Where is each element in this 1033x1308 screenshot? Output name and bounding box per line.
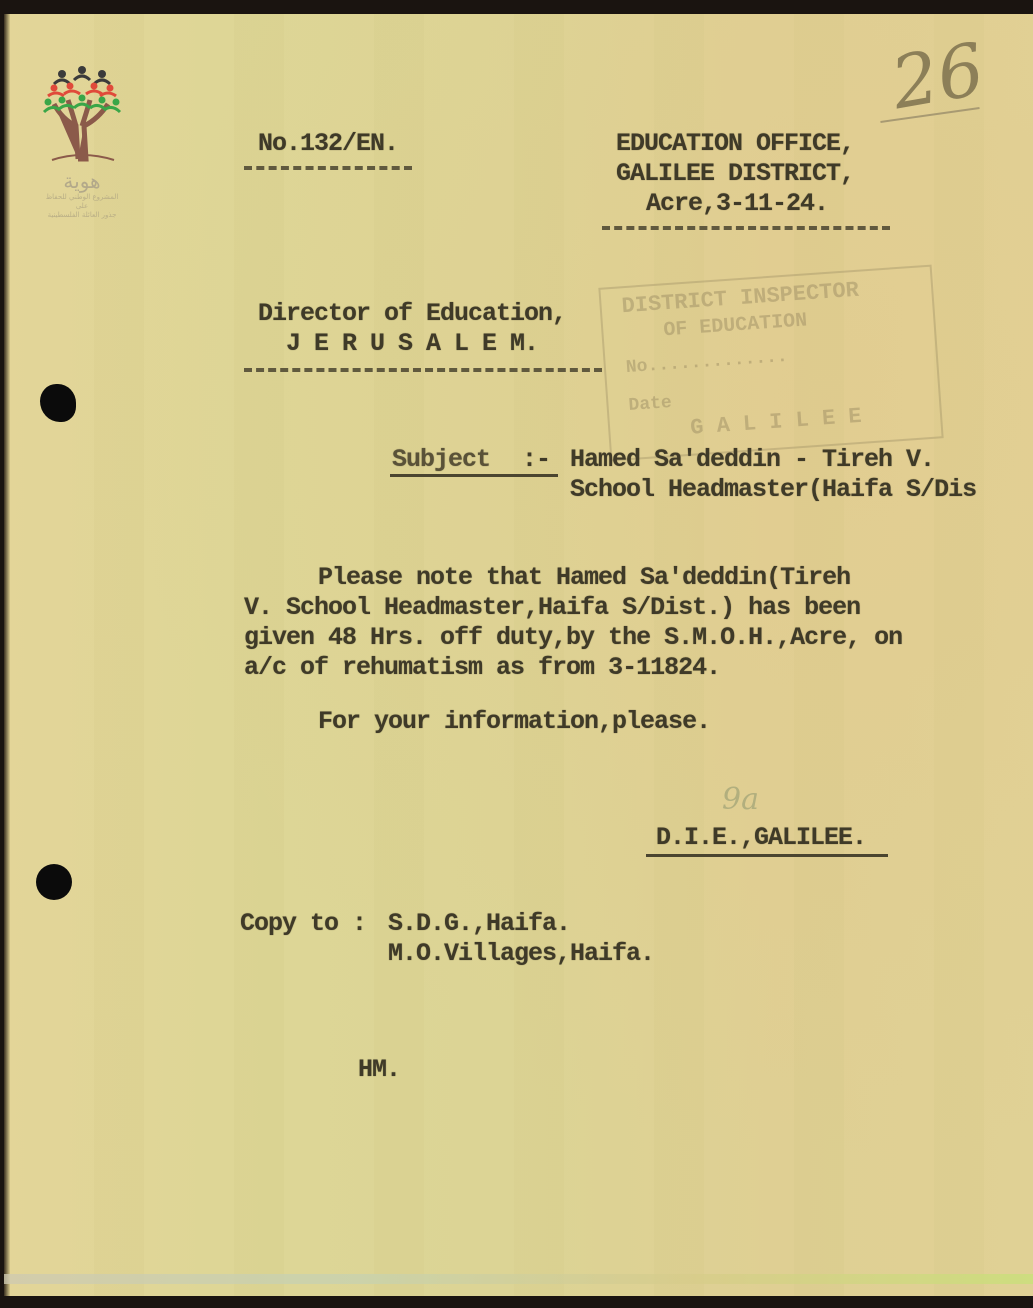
stamp-line4: Date <box>628 393 673 416</box>
copy-to-label: Copy to : <box>240 908 366 939</box>
body-line4: a/c of rehumatism as from 3-11824. <box>244 652 720 683</box>
logo-wordmark: هوية <box>42 169 122 193</box>
reference-number: No.132/EN. <box>258 128 398 159</box>
sender-office: EDUCATION OFFICE, <box>616 128 854 159</box>
reference-rule <box>244 166 412 170</box>
stamp-line5: G A L I L E E <box>689 404 862 441</box>
logo-caption-line2: جذور العائلة الفلسطينية <box>42 211 122 220</box>
signature-block: D.I.E.,GALILEE. <box>656 822 866 853</box>
punch-hole-bottom <box>36 864 72 900</box>
letter-date: Acre,3-11-24. <box>646 188 828 219</box>
tree-of-people-icon <box>42 64 122 164</box>
subject-label: Subject <box>392 444 490 475</box>
body-line3: given 48 Hrs. off duty,by the S.M.O.H.,A… <box>244 622 902 653</box>
copy-to-recipient-2: M.O.Villages,Haifa. <box>388 938 654 969</box>
typist-initials: HM. <box>358 1054 400 1085</box>
document-page: هوية المشروع الوطني للحفاظ على جذور العا… <box>4 14 1033 1296</box>
inspector-stamp: DISTRICT INSPECTOR OF EDUCATION No......… <box>598 265 943 462</box>
punch-hole-top <box>40 384 76 422</box>
closing-line: For your information,please. <box>318 706 710 737</box>
copy-to-recipient-1: S.D.G.,Haifa. <box>388 908 570 939</box>
archive-logo: هوية المشروع الوطني للحفاظ على جذور العا… <box>42 64 122 224</box>
page-edge <box>4 14 10 1296</box>
signature-underline <box>646 854 888 857</box>
recipient-rule <box>244 368 602 372</box>
subject-separator: :- <box>522 444 550 475</box>
recipient-city: J E R U S A L E M. <box>286 328 538 359</box>
handwritten-initials: 9a <box>722 782 759 817</box>
body-line2: V. School Headmaster,Haifa S/Dist.) has … <box>244 592 860 623</box>
subject-line2: School Headmaster(Haifa S/Dis <box>570 474 976 505</box>
recipient-title: Director of Education, <box>258 298 566 329</box>
sender-rule <box>602 226 890 230</box>
logo-caption-line1: المشروع الوطني للحفاظ على <box>42 193 122 211</box>
stamp-line3: No............. <box>625 347 788 378</box>
folio-number: 26 <box>886 33 989 120</box>
scan-edge-strip <box>4 1274 1033 1284</box>
subject-line1: Hamed Sa'deddin - Tireh V. <box>570 444 934 475</box>
sender-district: GALILEE DISTRICT, <box>616 158 854 189</box>
body-line1: Please note that Hamed Sa'deddin(Tireh <box>318 562 850 593</box>
